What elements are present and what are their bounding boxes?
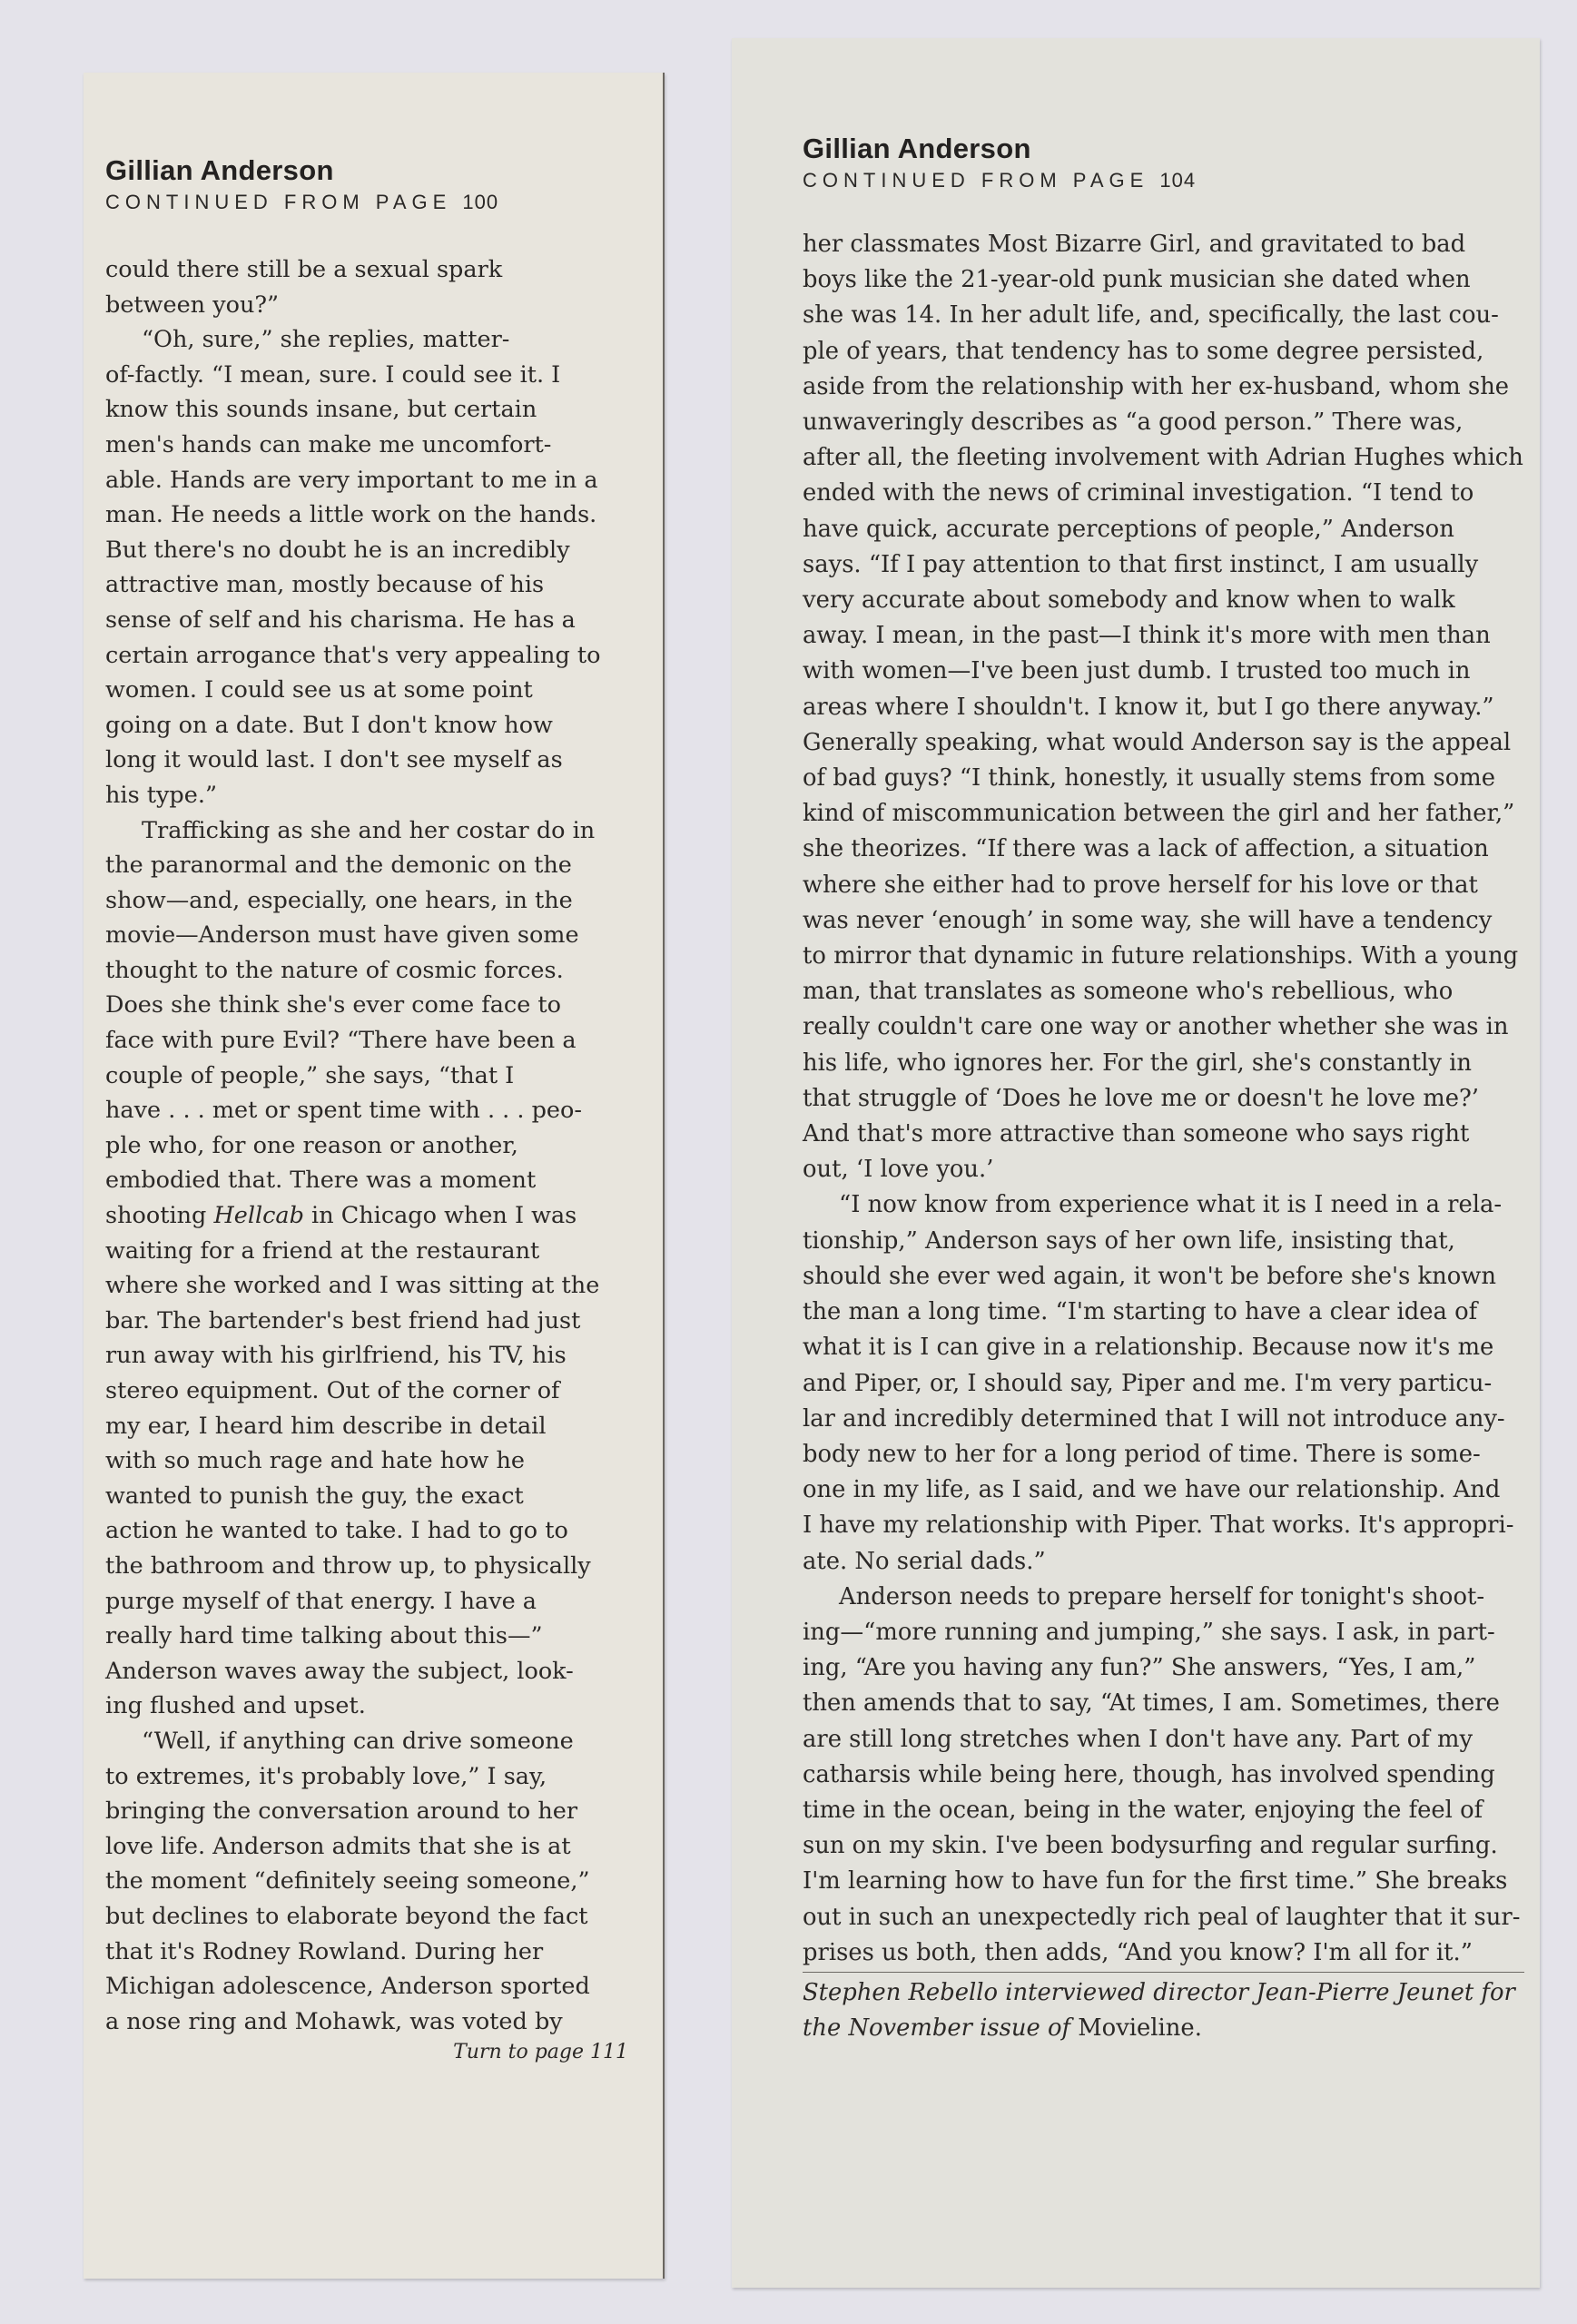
text-line: love life. Anderson admits that she is a… [105, 1829, 632, 1865]
text-line: “I now know from experience what it is I… [803, 1187, 1524, 1223]
text-line: says. “If I pay attention to that first … [803, 547, 1524, 583]
text-line: Michigan adolescence, Anderson sported [105, 1969, 632, 2004]
left-header: Gillian Anderson CONTINUED FROM PAGE 100 [105, 154, 498, 214]
turn-to-page: Turn to page 111 [105, 2041, 628, 2063]
text-line: men's hands can make me uncomfort- [105, 428, 632, 463]
text-line: aside from the relationship with her ex-… [803, 369, 1524, 405]
text-line: my ear, I heard him describe in detail [105, 1409, 632, 1444]
text-line: should she ever wed again, it won't be b… [803, 1259, 1524, 1295]
film-title-hellcab: Hellcab [213, 1202, 303, 1229]
text-line: have quick, accurate perceptions of peop… [803, 512, 1524, 547]
text-line: action he wanted to take. I had to go to [105, 1513, 632, 1549]
text-line: lar and incredibly determined that I wil… [803, 1402, 1524, 1437]
text-line: bringing the conversation around to her [105, 1794, 632, 1829]
text-line: what it is I can give in a relationship.… [803, 1330, 1524, 1365]
text-line: a nose ring and Mohawk, was voted by [105, 2004, 632, 2040]
text-line: could there still be a sexual spark [105, 252, 632, 288]
text-line: the paranormal and the demonic on the [105, 848, 632, 883]
text-line: one in my life, as I said, and we have o… [803, 1472, 1524, 1508]
text-line: where she worked and I was sitting at th… [105, 1268, 632, 1304]
text-line: attractive man, mostly because of his [105, 567, 632, 603]
text-line: going on a date. But I don't know how [105, 708, 632, 743]
text-line: Generally speaking, what would Anderson … [803, 725, 1524, 761]
text-line: But there's no doubt he is an incredibly [105, 533, 632, 568]
text-line: have . . . met or spent time with . . . … [105, 1093, 632, 1128]
text-line: I'm learning how to have fun for the fir… [803, 1864, 1524, 1899]
text-line: ple who, for one reason or another, [105, 1128, 632, 1164]
author-credit-line: Stephen Rebello interviewed director Jea… [803, 1975, 1524, 2011]
text-line: really hard time talking about this—” [105, 1619, 632, 1654]
text-line: couple of people,” she says, “that I [105, 1059, 632, 1094]
text-line: his type.” [105, 778, 632, 813]
text-line: man, that translates as someone who's re… [803, 974, 1524, 1009]
text-line: the moment “definitely seeing someone,” [105, 1864, 632, 1899]
text-line: very accurate about somebody and know wh… [803, 583, 1524, 618]
text-line: man. He needs a little work on the hands… [105, 497, 632, 533]
text-line: she theorizes. “If there was a lack of a… [803, 832, 1524, 867]
text-line: that struggle of ‘Does he love me or doe… [803, 1081, 1524, 1117]
text-line: out in such an unexpectedly rich peal of… [803, 1900, 1524, 1935]
text-line: waiting for a friend at the restaurant [105, 1234, 632, 1269]
text-line: ple of years, that tendency has to some … [803, 334, 1524, 369]
text-line: was never ‘enough’ in some way, she will… [803, 903, 1524, 939]
text-line: ing—“more running and jumping,” she says… [803, 1615, 1524, 1650]
text-line: And that's more attractive than someone … [803, 1117, 1524, 1152]
text-line: run away with his girlfriend, his TV, hi… [105, 1338, 632, 1374]
text-line: time in the ocean, being in the water, e… [803, 1793, 1524, 1828]
text-line: that it's Rodney Rowland. During her [105, 1935, 632, 1970]
text-line: wanted to punish the guy, the exact [105, 1479, 632, 1514]
text-line: movie—Anderson must have given some [105, 918, 632, 953]
page-number: 104 [1159, 169, 1196, 192]
right-clipping: Gillian Anderson CONTINUED FROM PAGE 104… [732, 38, 1540, 2288]
text-line: Trafficking as she and her costar do in [105, 813, 632, 849]
text-line: ate. No serial dads.” [803, 1544, 1524, 1580]
text-line: out, ‘I love you.’ [803, 1152, 1524, 1187]
text-line: “Oh, sure,” she replies, matter- [105, 322, 632, 358]
text-line: unwaveringly describes as “a good person… [803, 405, 1524, 440]
text-line: certain arrogance that's very appealing … [105, 638, 632, 674]
page-label: PAGE [376, 191, 452, 213]
text-line: Anderson needs to prepare herself for to… [803, 1580, 1524, 1615]
text-line: Anderson waves away the subject, look- [105, 1654, 632, 1689]
continued-from: CONTINUED FROM PAGE 100 [105, 191, 498, 214]
text-line: ing flushed and upset. [105, 1689, 632, 1724]
text-fragment: . [1195, 2014, 1202, 2042]
text-line: after all, the fleeting involvement with… [803, 440, 1524, 476]
text-line: stereo equipment. Out of the corner of [105, 1374, 632, 1409]
text-line: ended with the news of criminal investig… [803, 476, 1524, 511]
text-line: purge myself of that energy. I have a [105, 1584, 632, 1620]
text-line: away. I mean, in the past—I think it's m… [803, 618, 1524, 654]
left-clipping: Gillian Anderson CONTINUED FROM PAGE 100… [84, 73, 665, 2279]
text-line: embodied that. There was a moment [105, 1163, 632, 1198]
text-fragment: in Chicago when I was [304, 1202, 577, 1229]
article-title: Gillian Anderson [803, 133, 1196, 165]
publication-name: Movieline [1078, 2014, 1194, 2042]
author-credit-line: the November issue of Movieline. [803, 2011, 1524, 2046]
text-line: his life, who ignores her. For the girl,… [803, 1046, 1524, 1081]
text-line: body new to her for a long period of tim… [803, 1437, 1524, 1472]
text-line: boys like the 21-year-old punk musician … [803, 262, 1524, 298]
text-line: bar. The bartender's best friend had jus… [105, 1304, 632, 1339]
continued-from: CONTINUED FROM PAGE 104 [803, 169, 1196, 192]
text-line: she was 14. In her adult life, and, spec… [803, 298, 1524, 333]
text-line: face with pure Evil? “There have been a [105, 1023, 632, 1059]
page-label: PAGE [1073, 169, 1149, 192]
divider-rule [803, 1972, 1524, 1973]
text-line: then amends that to say, “At times, I am… [803, 1686, 1524, 1721]
text-line: really couldn't care one way or another … [803, 1009, 1524, 1045]
text-fragment: the November issue of [803, 2014, 1078, 2042]
continued-label: CONTINUED FROM [105, 191, 365, 213]
text-line: know this sounds insane, but certain [105, 392, 632, 428]
text-line: ing, “Are you having any fun?” She answe… [803, 1650, 1524, 1686]
text-line: tionship,” Anderson says of her own life… [803, 1224, 1524, 1259]
text-line: the bathroom and throw up, to physically [105, 1549, 632, 1584]
text-fragment: shooting [105, 1202, 213, 1229]
right-header: Gillian Anderson CONTINUED FROM PAGE 104 [803, 133, 1196, 192]
text-line: long it would last. I don't see myself a… [105, 743, 632, 778]
text-line: her classmates Most Bizarre Girl, and gr… [803, 227, 1524, 262]
right-article-body: her classmates Most Bizarre Girl, and gr… [803, 227, 1524, 2046]
text-line: but declines to elaborate beyond the fac… [105, 1899, 632, 1935]
article-title: Gillian Anderson [105, 154, 498, 187]
text-line: and Piper, or, I should say, Piper and m… [803, 1366, 1524, 1402]
text-line: catharsis while being here, though, has … [803, 1758, 1524, 1793]
text-line: to mirror that dynamic in future relatio… [803, 939, 1524, 974]
text-line: areas where I shouldn't. I know it, but … [803, 690, 1524, 725]
text-line: prises us both, then adds, “And you know… [803, 1935, 1524, 1971]
text-line: show—and, especially, one hears, in the [105, 883, 632, 919]
text-line: Does she think she's ever come face to [105, 988, 632, 1023]
continued-label: CONTINUED FROM [803, 169, 1062, 192]
text-line: with so much rage and hate how he [105, 1443, 632, 1479]
text-line: able. Hands are very important to me in … [105, 463, 632, 498]
text-line: with women—I've been just dumb. I truste… [803, 654, 1524, 689]
text-line: of bad guys? “I think, honestly, it usua… [803, 761, 1524, 796]
text-line: where she either had to prove herself fo… [803, 868, 1524, 903]
text-line: between you?” [105, 288, 632, 323]
text-line: women. I could see us at some point [105, 673, 632, 708]
text-line: thought to the nature of cosmic forces. [105, 953, 632, 989]
page-number: 100 [462, 191, 498, 213]
text-line: kind of miscommunication between the gir… [803, 796, 1524, 832]
text-line: shooting Hellcab in Chicago when I was [105, 1198, 632, 1234]
text-line: I have my relationship with Piper. That … [803, 1508, 1524, 1543]
text-line: of-factly. “I mean, sure. I could see it… [105, 358, 632, 393]
text-line: are still long stretches when I don't ha… [803, 1722, 1524, 1758]
text-line: sense of self and his charisma. He has a [105, 603, 632, 638]
text-line: the man a long time. “I'm starting to ha… [803, 1295, 1524, 1330]
text-line: “Well, if anything can drive someone [105, 1724, 632, 1759]
text-line: to extremes, it's probably love,” I say, [105, 1759, 632, 1795]
text-line: sun on my skin. I've been bodysurfing an… [803, 1828, 1524, 1864]
left-article-body: could there still be a sexual spark betw… [105, 252, 632, 2039]
